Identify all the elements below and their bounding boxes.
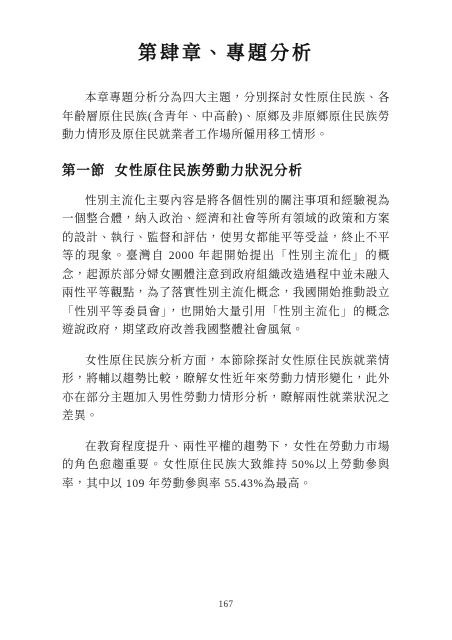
page-footer: 167 [0,594,452,612]
body-paragraph: 在教育程度提升、兩性平權的趨勢下，女性在勞動力市場的角色愈趨重要。女性原住民族大… [62,438,390,494]
document-page: 第肆章、專題分析 本章專題分析分為四大主題，分別探討女性原住民族、各年齡層原住民… [0,0,452,640]
body-paragraph: 女性原住民族分析方面，本節除探討女性原住民族就業情形，將輔以趨勢比較，瞭解女性近… [62,352,390,426]
chapter-title: 第肆章、專題分析 [62,38,390,65]
body-paragraph: 性別主流化主要內容是將各個性別的關注事項和經驗視為一個整合體，納入政治、經濟和社… [62,192,390,340]
section-heading-number: 第一節 [62,163,106,178]
section-heading-title: 女性原住民族勞動力狀況分析 [115,163,304,178]
section-heading: 第一節女性原住民族勞動力狀況分析 [62,159,390,179]
page-number: 167 [219,599,234,609]
intro-paragraph: 本章專題分析分為四大主題，分別探討女性原住民族、各年齡層原住民族(含青年、中高齡… [62,89,390,145]
